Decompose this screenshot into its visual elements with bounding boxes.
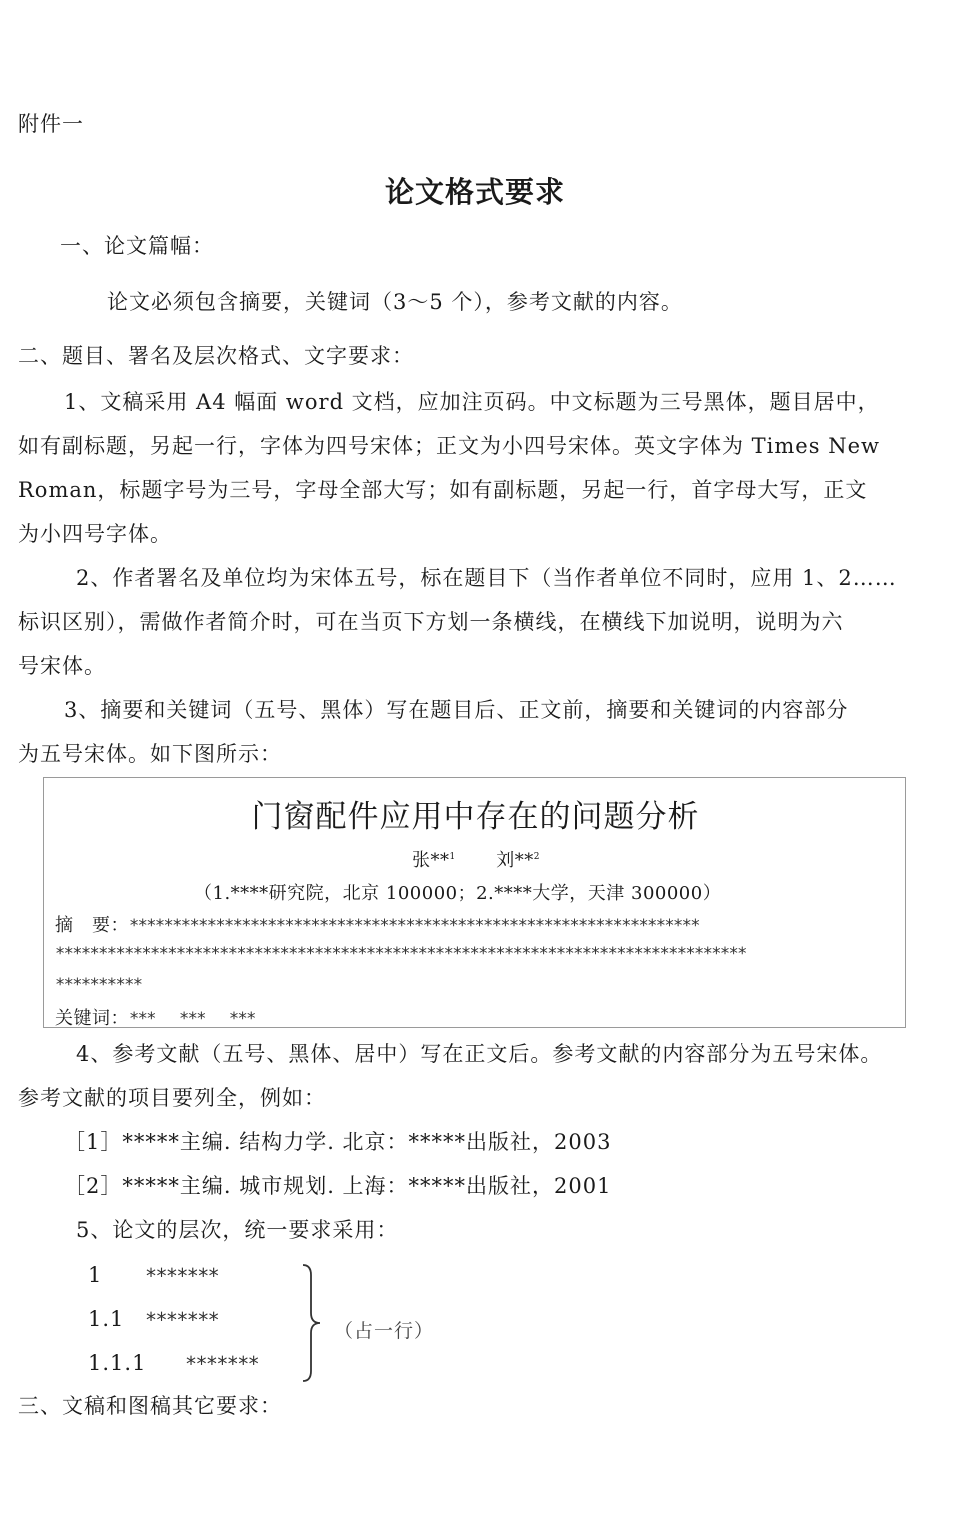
- level-text: *******: [145, 1310, 218, 1330]
- author-2: 刘**: [496, 850, 534, 871]
- right-brace-icon: [300, 1263, 324, 1383]
- sample-keywords: 关键词：*** *** ***: [55, 1004, 255, 1030]
- section-2-heading: 二、题目、署名及层次格式、文字要求：: [18, 346, 414, 367]
- levels-note: （占一行）: [334, 1322, 434, 1341]
- item-3-line: 为五号宋体。如下图所示：: [18, 744, 282, 765]
- keywords-label: 关键词：: [55, 1008, 129, 1029]
- sample-paper-title: 门窗配件应用中存在的问题分析: [44, 791, 907, 836]
- sample-abstract-line-2: ****************************************…: [55, 944, 746, 964]
- section-1-heading: 一、论文篇幅：: [60, 236, 214, 257]
- level-text: *******: [145, 1266, 218, 1286]
- section-1-body: 论文必须包含摘要，关键词（3～5 个），参考文献的内容。: [107, 292, 683, 313]
- item-1-line: 为小四号字体。: [18, 524, 172, 545]
- level-number: 1.1: [88, 1309, 124, 1330]
- reference-item: ［1］*****主编. 结构力学. 北京：*****出版社，2003: [64, 1132, 612, 1153]
- document-title: 论文格式要求: [0, 170, 950, 211]
- author-1-affiliation-marker: 1: [450, 852, 456, 862]
- sample-authors: 张**1 刘**2: [412, 846, 540, 872]
- keywords-placeholder: *** *** ***: [129, 1009, 255, 1029]
- abstract-label: 摘 要：: [55, 915, 129, 936]
- item-1-line: 如有副标题，另起一行，字体为四号宋体；正文为小四号宋体。英文字体为 Times …: [18, 436, 880, 457]
- item-2-line: 标识区别），需做作者简介时，可在当页下方划一条横线，在横线下加说明，说明为六: [18, 612, 844, 633]
- item-2-line: 2、作者署名及单位均为宋体五号，标在题目下（当作者单位不同时，应用 1、2……: [76, 568, 897, 589]
- author-2-affiliation-marker: 2: [534, 852, 540, 862]
- sample-abstract-line-1: 摘 要：************************************…: [55, 911, 699, 937]
- item-1-line: 1、文稿采用 A4 幅面 word 文档，应加注页码。中文标题为三号黑体，题目居…: [64, 392, 880, 413]
- level-number: 1.1.1: [88, 1353, 146, 1374]
- item-5-heading: 5、论文的层次，统一要求采用：: [76, 1220, 398, 1241]
- item-1-line: Roman，标题字号为三号，字母全部大写；如有副标题，另起一行，首字母大写，正文: [18, 480, 867, 501]
- level-text: *******: [185, 1354, 258, 1374]
- section-3-heading: 三、文稿和图稿其它要求：: [18, 1396, 282, 1417]
- attachment-label: 附件一: [18, 114, 84, 135]
- sample-affiliation: （1.****研究院，北京 100000；2.****大学，天津 300000）: [194, 879, 721, 905]
- sample-format-box: 门窗配件应用中存在的问题分析 张**1 刘**2 （1.****研究院，北京 1…: [43, 777, 906, 1028]
- abstract-placeholder: ****************************************…: [129, 916, 699, 936]
- item-4-line: 4、参考文献（五号、黑体、居中）写在正文后。参考文献的内容部分为五号宋体。: [76, 1044, 882, 1065]
- reference-item: ［2］*****主编. 城市规划. 上海：*****出版社，2001: [64, 1176, 612, 1197]
- item-2-line: 号宋体。: [18, 656, 106, 677]
- author-1: 张**: [412, 850, 450, 871]
- item-4-line: 参考文献的项目要列全，例如：: [18, 1088, 326, 1109]
- level-number: 1: [88, 1265, 102, 1286]
- item-3-line: 3、摘要和关键词（五号、黑体）写在题目后、正文前，摘要和关键词的内容部分: [64, 700, 848, 721]
- sample-abstract-line-3: **********: [55, 975, 141, 995]
